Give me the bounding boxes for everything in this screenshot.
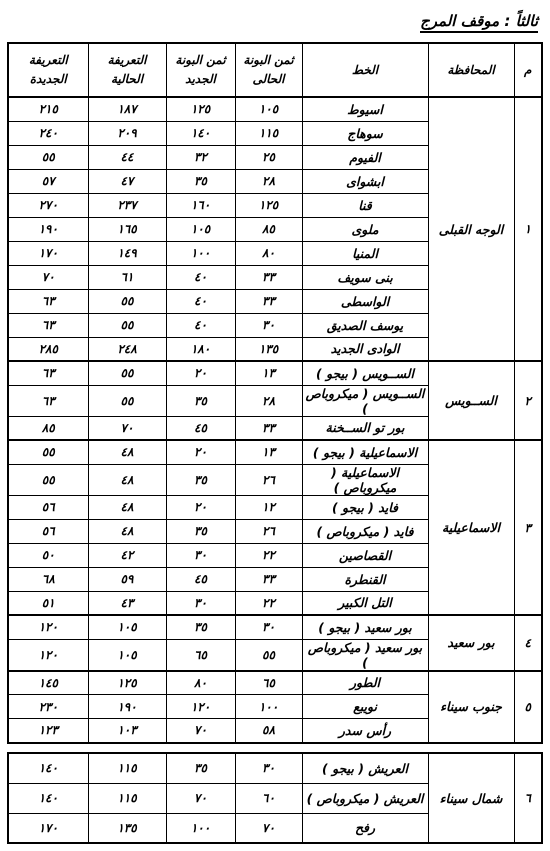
tariff-new-cell: ٦٣ [8, 289, 88, 313]
tariff-new-cell: ٥٥ [8, 145, 88, 169]
tariff-new-cell: ٥٥ [8, 464, 88, 495]
table-row: ٤بور سعيدبور سعيد ( بيجو )٣٠٣٥١٠٥١٢٠ [8, 615, 542, 639]
tariff-new-cell: ٥٧ [8, 169, 88, 193]
governorate-cell: الوجه القبلى [428, 97, 514, 361]
ticket-current-cell: ١٣ [235, 440, 302, 464]
ticket-new-cell: ٣٥ [166, 464, 235, 495]
tariff-current-cell: ١٢٥ [88, 671, 166, 695]
tariff-new-cell: ٦٣ [8, 361, 88, 385]
tariff-new-cell: ٢٤٠ [8, 121, 88, 145]
tariff-new-cell: ١٩٠ [8, 217, 88, 241]
header-governorate: المحافظة [428, 43, 514, 97]
page-title: ثالثاً : موقف المرج [420, 12, 538, 33]
ticket-new-cell: ٣٥ [166, 519, 235, 543]
ticket-current-cell: ٢٨ [235, 385, 302, 416]
tariff-current-cell: ٢٠٩ [88, 121, 166, 145]
ticket-current-cell: ١١٥ [235, 121, 302, 145]
tariff-current-cell: ٢٣٧ [88, 193, 166, 217]
line-cell: العريش ( بيجو ) [302, 753, 428, 783]
ticket-current-cell: ٢٥ [235, 145, 302, 169]
tariff-current-cell: ٢٤٨ [88, 337, 166, 361]
ticket-new-cell: ١٢٠ [166, 695, 235, 719]
ticket-new-cell: ٧٠ [166, 719, 235, 743]
tariff-new-cell: ٥٠ [8, 543, 88, 567]
ticket-current-cell: ١٠٥ [235, 97, 302, 121]
ticket-new-cell: ٣٠ [166, 591, 235, 615]
tariff-current-cell: ٥٩ [88, 567, 166, 591]
line-cell: فايد ( بيجو ) [302, 495, 428, 519]
tariff-current-cell: ١١٥ [88, 783, 166, 813]
tariff-new-cell: ١٢٠ [8, 639, 88, 671]
table-body: ١الوجه القبلىاسيوط١٠٥١٢٥١٨٧٢١٥سوهاج١١٥١٤… [8, 97, 542, 743]
tariff-current-cell: ١٨٧ [88, 97, 166, 121]
governorate-cell: شمال سيناء [428, 753, 514, 843]
tariff-new-cell: ١٧٠ [8, 241, 88, 265]
line-cell: الاسماعيلية ( ميكروباص ) [302, 464, 428, 495]
ticket-current-cell: ٦٠ [235, 783, 302, 813]
ticket-current-cell: ٢٢ [235, 543, 302, 567]
tariff-current-cell: ٥٥ [88, 361, 166, 385]
ticket-current-cell: ٥٨ [235, 719, 302, 743]
ticket-new-cell: ١٨٠ [166, 337, 235, 361]
ticket-new-cell: ٣٥ [166, 753, 235, 783]
ticket-current-cell: ٨٠ [235, 241, 302, 265]
ticket-current-cell: ٣٣ [235, 567, 302, 591]
tariff-current-cell: ٧٠ [88, 416, 166, 440]
tariff-new-cell: ٨٥ [8, 416, 88, 440]
ticket-new-cell: ٢٠ [166, 495, 235, 519]
tariff-current-cell: ٤٨ [88, 464, 166, 495]
line-cell: نويبع [302, 695, 428, 719]
tariff-new-cell: ٢٣٠ [8, 695, 88, 719]
tariff-new-cell: ٢٧٠ [8, 193, 88, 217]
fares-table-main: مالمحافظةالخطثمن البونة الحالىثمن البونة… [7, 42, 543, 744]
tariff-new-cell: ١٤٥ [8, 671, 88, 695]
ticket-new-cell: ٢٠ [166, 361, 235, 385]
tariff-current-cell: ١٦٥ [88, 217, 166, 241]
tariff-new-cell: ١٤٠ [8, 753, 88, 783]
line-cell: بنى سويف [302, 265, 428, 289]
tariff-current-cell: ٤٨ [88, 495, 166, 519]
ticket-new-cell: ٤٠ [166, 313, 235, 337]
ticket-current-cell: ٢٦ [235, 519, 302, 543]
ticket-current-cell: ٦٥ [235, 671, 302, 695]
tariff-current-cell: ٤٧ [88, 169, 166, 193]
line-cell: الاسماعيلية ( بيجو ) [302, 440, 428, 464]
tariff-current-cell: ١٠٥ [88, 639, 166, 671]
line-cell: العريش ( ميكروباص ) [302, 783, 428, 813]
ticket-current-cell: ١٣٥ [235, 337, 302, 361]
tariff-current-cell: ١٩٠ [88, 695, 166, 719]
ticket-new-cell: ١٠٠ [166, 813, 235, 843]
fares-table-north-sinai: ٦شمال سيناءالعريش ( بيجو )٣٠٣٥١١٥١٤٠العر… [7, 752, 543, 844]
governorate-cell: الاسماعيلية [428, 440, 514, 615]
ticket-new-cell: ١٤٠ [166, 121, 235, 145]
ticket-new-cell: ٤٠ [166, 265, 235, 289]
governorate-cell: الســويس [428, 361, 514, 440]
serial-cell: ٥ [514, 671, 542, 743]
ticket-new-cell: ٣٢ [166, 145, 235, 169]
tariff-current-cell: ٤٨ [88, 519, 166, 543]
line-cell: يوسف الصديق [302, 313, 428, 337]
tariff-current-cell: ٥٥ [88, 385, 166, 416]
line-cell: رفح [302, 813, 428, 843]
tariff-new-cell: ١٤٠ [8, 783, 88, 813]
line-cell: بور تو الســخنة [302, 416, 428, 440]
tariff-new-cell: ١٢٣ [8, 719, 88, 743]
header-ticket-current: ثمن البونة الحالى [235, 43, 302, 97]
line-cell: القنطرة [302, 567, 428, 591]
tariff-current-cell: ٤٢ [88, 543, 166, 567]
header-serial: م [514, 43, 542, 97]
table-row: ٥جنوب سيناءالطور٦٥٨٠١٢٥١٤٥ [8, 671, 542, 695]
header-row: مالمحافظةالخطثمن البونة الحالىثمن البونة… [8, 43, 542, 97]
ticket-current-cell: ١٢٥ [235, 193, 302, 217]
ticket-current-cell: ١٣ [235, 361, 302, 385]
serial-cell: ١ [514, 97, 542, 361]
ticket-current-cell: ٣٠ [235, 313, 302, 337]
line-cell: الســويس ( بيجو ) [302, 361, 428, 385]
tariff-current-cell: ١٠٣ [88, 719, 166, 743]
line-cell: رأس سدر [302, 719, 428, 743]
ticket-new-cell: ٣٥ [166, 615, 235, 639]
table-row: ٣الاسماعيليةالاسماعيلية ( بيجو )١٣٢٠٤٨٥٥ [8, 440, 542, 464]
tariff-new-cell: ٦٣ [8, 385, 88, 416]
ticket-current-cell: ٣٣ [235, 416, 302, 440]
tariff-new-cell: ٢١٥ [8, 97, 88, 121]
ticket-current-cell: ٣٣ [235, 289, 302, 313]
line-cell: فايد ( ميكروباص ) [302, 519, 428, 543]
line-cell: الواسطى [302, 289, 428, 313]
table-body: ٦شمال سيناءالعريش ( بيجو )٣٠٣٥١١٥١٤٠العر… [8, 753, 542, 843]
ticket-new-cell: ٣٥ [166, 169, 235, 193]
ticket-current-cell: ١٢ [235, 495, 302, 519]
governorate-cell: بور سعيد [428, 615, 514, 671]
ticket-current-cell: ٣٣ [235, 265, 302, 289]
tariff-current-cell: ١٠٥ [88, 615, 166, 639]
line-cell: الطور [302, 671, 428, 695]
line-cell: ملوى [302, 217, 428, 241]
tariff-current-cell: ٤٣ [88, 591, 166, 615]
line-cell: الوادى الجديد [302, 337, 428, 361]
line-cell: بور سعيد ( بيجو ) [302, 615, 428, 639]
line-cell: الفيوم [302, 145, 428, 169]
ticket-new-cell: ٤٠ [166, 289, 235, 313]
tariff-new-cell: ١٢٠ [8, 615, 88, 639]
tariff-new-cell: ٥١ [8, 591, 88, 615]
table-header: مالمحافظةالخطثمن البونة الحالىثمن البونة… [8, 43, 542, 97]
tariff-current-cell: ٤٨ [88, 440, 166, 464]
tariff-current-cell: ٦١ [88, 265, 166, 289]
header-tariff-new: التعريفة الجديدة [8, 43, 88, 97]
tariff-new-cell: ٥٥ [8, 440, 88, 464]
ticket-current-cell: ٣٠ [235, 753, 302, 783]
governorate-cell: جنوب سيناء [428, 671, 514, 743]
ticket-current-cell: ٧٠ [235, 813, 302, 843]
tariff-new-cell: ٧٠ [8, 265, 88, 289]
ticket-current-cell: ٢٢ [235, 591, 302, 615]
tariff-new-cell: ١٧٠ [8, 813, 88, 843]
header-tariff-current: التعريفة الحالية [88, 43, 166, 97]
line-cell: بور سعيد ( ميكروباص ) [302, 639, 428, 671]
tariff-new-cell: ٦٣ [8, 313, 88, 337]
tariff-current-cell: ٥٥ [88, 313, 166, 337]
serial-cell: ٤ [514, 615, 542, 671]
tariff-new-cell: ٥٦ [8, 495, 88, 519]
ticket-new-cell: ٦٥ [166, 639, 235, 671]
ticket-new-cell: ١٠٠ [166, 241, 235, 265]
ticket-new-cell: ٤٥ [166, 416, 235, 440]
line-cell: التل الكبير [302, 591, 428, 615]
header-line: الخط [302, 43, 428, 97]
line-cell: قنا [302, 193, 428, 217]
tariff-current-cell: ٥٥ [88, 289, 166, 313]
tariff-new-cell: ٦٨ [8, 567, 88, 591]
header-ticket-new: ثمن البونة الجديد [166, 43, 235, 97]
tariff-current-cell: ١٤٩ [88, 241, 166, 265]
ticket-current-cell: ٢٦ [235, 464, 302, 495]
tariff-new-cell: ٥٦ [8, 519, 88, 543]
line-cell: الســويس ( ميكروباص ) [302, 385, 428, 416]
ticket-new-cell: ١٦٠ [166, 193, 235, 217]
tariff-current-cell: ١٣٥ [88, 813, 166, 843]
ticket-new-cell: ٧٠ [166, 783, 235, 813]
tariff-current-cell: ٤٤ [88, 145, 166, 169]
tariff-new-cell: ٢٨٥ [8, 337, 88, 361]
line-cell: سوهاج [302, 121, 428, 145]
ticket-current-cell: ٢٨ [235, 169, 302, 193]
serial-cell: ٦ [514, 753, 542, 843]
ticket-current-cell: ١٠٠ [235, 695, 302, 719]
table-row: ١الوجه القبلىاسيوط١٠٥١٢٥١٨٧٢١٥ [8, 97, 542, 121]
table-row: ٢الســويسالســويس ( بيجو )١٣٢٠٥٥٦٣ [8, 361, 542, 385]
ticket-new-cell: ٣٠ [166, 543, 235, 567]
serial-cell: ٢ [514, 361, 542, 440]
ticket-new-cell: ٢٠ [166, 440, 235, 464]
line-cell: اسيوط [302, 97, 428, 121]
ticket-new-cell: ١٠٥ [166, 217, 235, 241]
ticket-new-cell: ٤٥ [166, 567, 235, 591]
ticket-new-cell: ٣٥ [166, 385, 235, 416]
line-cell: القصاصين [302, 543, 428, 567]
line-cell: ابشواى [302, 169, 428, 193]
table-row: ٦شمال سيناءالعريش ( بيجو )٣٠٣٥١١٥١٤٠ [8, 753, 542, 783]
ticket-new-cell: ١٢٥ [166, 97, 235, 121]
document-page: { "title": "ثالثاً : موقف المرج", "colum… [0, 0, 550, 851]
ticket-new-cell: ٨٠ [166, 671, 235, 695]
ticket-current-cell: ٣٠ [235, 615, 302, 639]
line-cell: المنيا [302, 241, 428, 265]
tariff-current-cell: ١١٥ [88, 753, 166, 783]
ticket-current-cell: ٥٥ [235, 639, 302, 671]
serial-cell: ٣ [514, 440, 542, 615]
ticket-current-cell: ٨٥ [235, 217, 302, 241]
